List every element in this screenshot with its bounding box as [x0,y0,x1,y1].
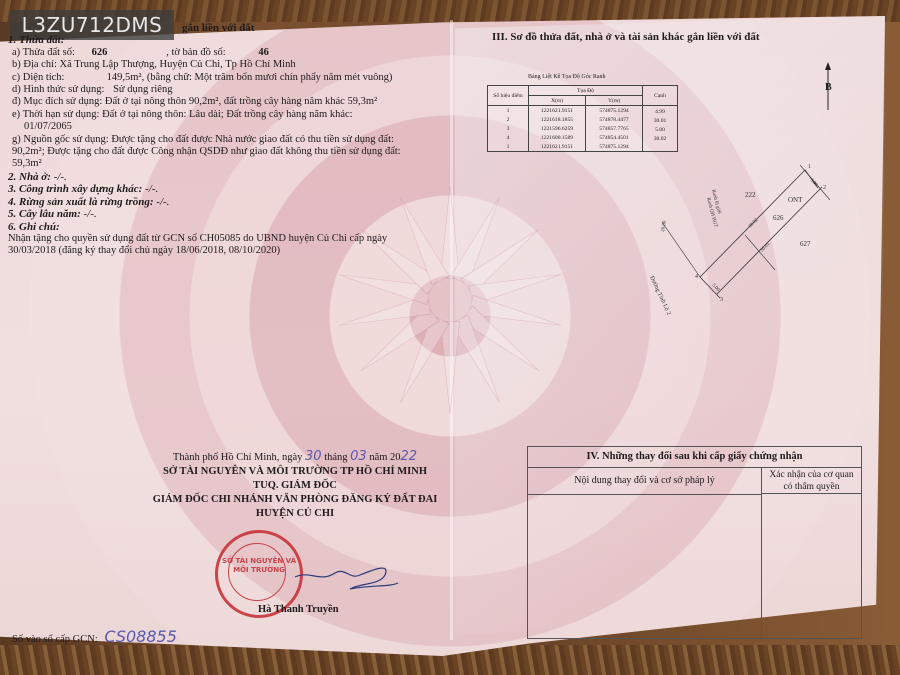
on-behalf: TUQ. GIÁM ĐỐC [130,479,460,493]
usage-origin-row: g) Nguồn gốc sử dụng: Được tặng cho đất … [12,134,422,171]
svg-text:626: 626 [773,214,784,222]
svg-text:3: 3 [720,297,723,303]
signer-position: GIÁM ĐỐC CHI NHÁNH VĂN PHÒNG ĐĂNG KÝ ĐẤT… [130,493,460,507]
changes-section: IV. Những thay đổi sau khi cấp giấy chứn… [527,446,862,639]
usage-form-value: Sử dụng riêng [113,84,172,95]
usage-purpose-row: đ) Mục đích sử dụng: Đất ở tại nông thôn… [12,96,444,108]
svg-text:30.02: 30.02 [748,218,760,230]
construction-row: 3. Công trình xây dựng khác: -/-. [8,183,444,195]
svg-text:627: 627 [800,240,811,248]
parcel-number: 626 [92,47,164,59]
seal-text: SỞ TÀI NGUYÊN VÀ MÔI TRƯỜNG [218,557,300,575]
district-name: HUYỆN CỦ CHI [130,507,460,521]
parcel-heading: 1. Thửa đất: [8,34,444,46]
section-title: gắn liền với đất [182,22,444,34]
note-heading: 6. Ghi chú: [8,221,444,233]
svg-text:20.00: 20.00 [661,220,668,232]
coordinate-row: 31221596.6259574857.77655.00 [488,124,678,133]
changes-confirmation-header: Xác nhận của cơ quan có thẩm quyền [762,468,861,494]
signer-name: Hà Thanh Truyền [258,604,339,615]
svg-text:Đường Tỉnh Lộ 2: Đường Tỉnh Lộ 2 [648,275,671,316]
house-row: 2. Nhà ở: -/-. [8,171,444,183]
changes-content-header: Nội dung thay đổi và cơ sở pháp lý [528,468,762,495]
changes-title: IV. Những thay đổi sau khi cấp giấy chứn… [528,447,861,468]
plan-section-title: III. Sơ đồ thửa đất, nhà ở và tài sản kh… [492,31,760,43]
svg-text:ONT: ONT [788,196,803,204]
north-arrow-icon: B [822,62,834,112]
map-number: 46 [258,47,269,58]
signature-block: Thành phố Hồ Chí Minh, ngày 30 tháng 03 … [130,450,460,521]
place-date: Thành phố Hồ Chí Minh, ngày 30 tháng 03 … [130,450,460,465]
agency-name: SỞ TÀI NGUYÊN VÀ MÔI TRƯỜNG TP HỒ CHÍ MI… [130,465,460,479]
usage-purpose-value: Đất ở tại nông thôn 90,2m², đất trồng câ… [105,96,377,107]
usage-term-row: e) Thời hạn sử dụng: Đất ở tại nông thôn… [12,109,444,121]
coordinate-row: 11221621.9151574875.1294 [488,142,678,152]
usage-term-value: Đất ở tại nông thôn: Lâu dài; Đất trồng … [102,109,352,120]
usage-form-row: d) Hình thức sử dụng: Sử dụng riêng [12,84,444,96]
land-details-section: gắn liền với đất 1. Thửa đất: a) Thửa đấ… [4,22,444,258]
parcel-plan-diagram: 1 2 3 4 222 ONT 626 627 5.00 30.02 30.01… [640,160,860,320]
svg-text:B: B [825,82,832,93]
gcn-registry: Số vào sổ cấp GCN: CS08855 [12,627,177,646]
perennial-row: 5. Cây lâu năm: -/-. [8,208,444,220]
svg-text:4: 4 [695,274,698,280]
area-row: c) Diện tích: 149,5m², (bằng chữ: Một tr… [12,72,444,84]
coordinate-row: 21221618.1855574878.447730.01 [488,115,678,124]
handwritten-month: 03 [350,449,367,464]
svg-text:30.01: 30.01 [760,242,772,254]
handwritten-year: 22 [401,449,418,464]
note-text: Nhận tặng cho quyền sử dụng đất từ GCN s… [8,233,418,258]
parcel-number-row: a) Thửa đất số: 626 , tờ bản đồ số: 46 [12,47,444,59]
svg-text:222: 222 [745,191,756,199]
coord-table-caption: Bảng Liệt Kê Tọa Độ Góc Ranh [528,74,606,80]
forest-row: 4. Rừng sản xuất là rừng trồng: -/-. [8,196,444,208]
coordinate-table: Số hiệu điểm Tọa Độ Cạnh X(m) Y(m) 11221… [487,85,678,152]
usage-term-date: 01/07/2065 [24,121,444,133]
handwritten-signature [290,555,400,595]
svg-text:2: 2 [823,185,826,191]
area-value: 149,5m², (bằng chữ: Một trăm bốn mươi ch… [107,72,393,83]
address-value: Xã Trung Lập Thượng, Huyện Củ Chi, Tp Hồ… [60,59,296,70]
coordinate-row: 41221600.1589574854.450130.02 [488,133,678,142]
address-row: b) Địa chỉ: Xã Trung Lập Thượng, Huyện C… [12,59,444,71]
coordinate-row: 11221621.9151574875.12944.99 [488,106,678,116]
handwritten-day: 30 [305,449,322,464]
svg-text:1: 1 [808,164,811,170]
gcn-number: CS08855 [104,627,177,646]
